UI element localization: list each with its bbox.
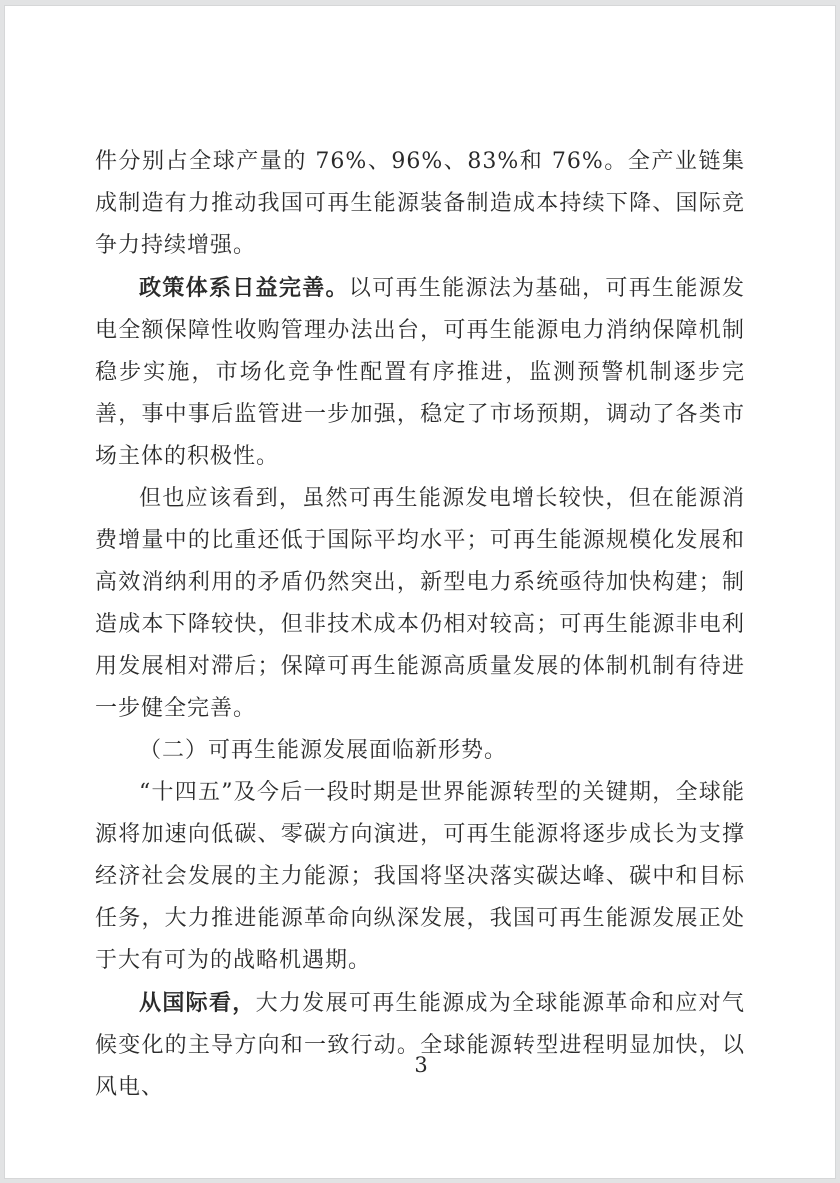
paragraph: 但也应该看到，虽然可再生能源发电增长较快，但在能源消费增量中的比重还低于国际平均… [95,478,745,730]
text-run: 件分别占全球产量的 76%、96%、83%和 76%。全产业链集成制造有力推动我… [95,149,745,258]
document-viewer: 件分别占全球产量的 76%、96%、83%和 76%。全产业链集成制造有力推动我… [0,0,840,1183]
text-run: （二）可再生能源发展面临新形势。 [139,738,507,763]
text-run: 但也应该看到，虽然可再生能源发电增长较快，但在能源消费增量中的比重还低于国际平均… [95,486,745,721]
paragraph: 从国际看，大力发展可再生能源成为全球能源革命和应对气候变化的主导方向和一致行动。… [95,982,745,1109]
emphasis-text: 政策体系日益完善。 [139,275,349,301]
emphasis-text: 从国际看， [139,990,256,1016]
paragraph: “十四五”及今后一段时期是世界能源转型的关键期，全球能源将加速向低碳、零碳方向演… [95,772,745,982]
paragraph: 件分别占全球产量的 76%、96%、83%和 76%。全产业链集成制造有力推动我… [95,141,745,267]
section-heading: （二）可再生能源发展面临新形势。 [95,730,745,772]
document-page: 件分别占全球产量的 76%、96%、83%和 76%。全产业链集成制造有力推动我… [4,5,836,1179]
text-run: “十四五”及今后一段时期是世界能源转型的关键期，全球能源将加速向低碳、零碳方向演… [95,780,745,973]
page-number: 3 [5,1049,837,1081]
paragraph: 政策体系日益完善。以可再生能源法为基础，可再生能源发电全额保障性收购管理办法出台… [95,267,745,478]
document-text: 件分别占全球产量的 76%、96%、83%和 76%。全产业链集成制造有力推动我… [95,141,745,1109]
text-run: 以可再生能源法为基础，可再生能源发电全额保障性收购管理办法出台，可再生能源电力消… [95,276,745,469]
